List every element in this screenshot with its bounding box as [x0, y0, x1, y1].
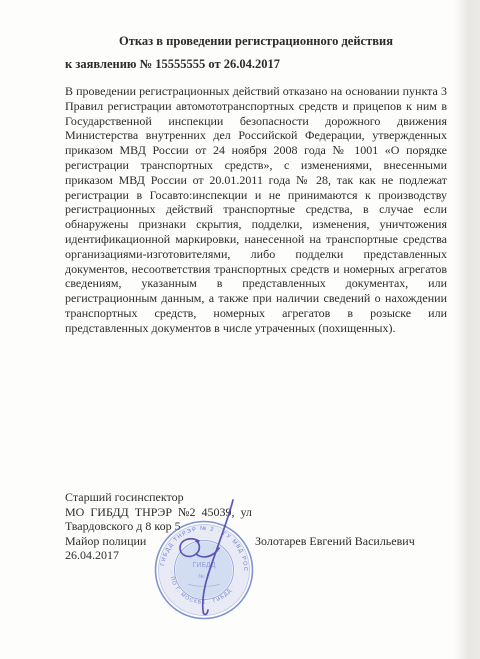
round-stamp-and-signature: ГИБДД ТНРЭР № 2 · ГУ МВД РОССИИ · ПО Г. …: [140, 492, 270, 632]
scan-edge-shadow: [454, 0, 480, 659]
document-title: Отказ в проведении регистрационного дейс…: [65, 34, 447, 49]
scanned-document-page: Отказ в проведении регистрационного дейс…: [0, 0, 480, 659]
round-stamp-icon: ГИБДД ТНРЭР № 2 · ГУ МВД РОССИИ · ПО Г. …: [140, 492, 270, 632]
signer-name: Золотарев Евгений Васильевич: [255, 534, 415, 549]
application-reference-line: к заявлению № 15555555 от 26.04.2017: [65, 57, 447, 72]
refusal-body-paragraph: В проведении регистрационных действий от…: [65, 84, 447, 336]
